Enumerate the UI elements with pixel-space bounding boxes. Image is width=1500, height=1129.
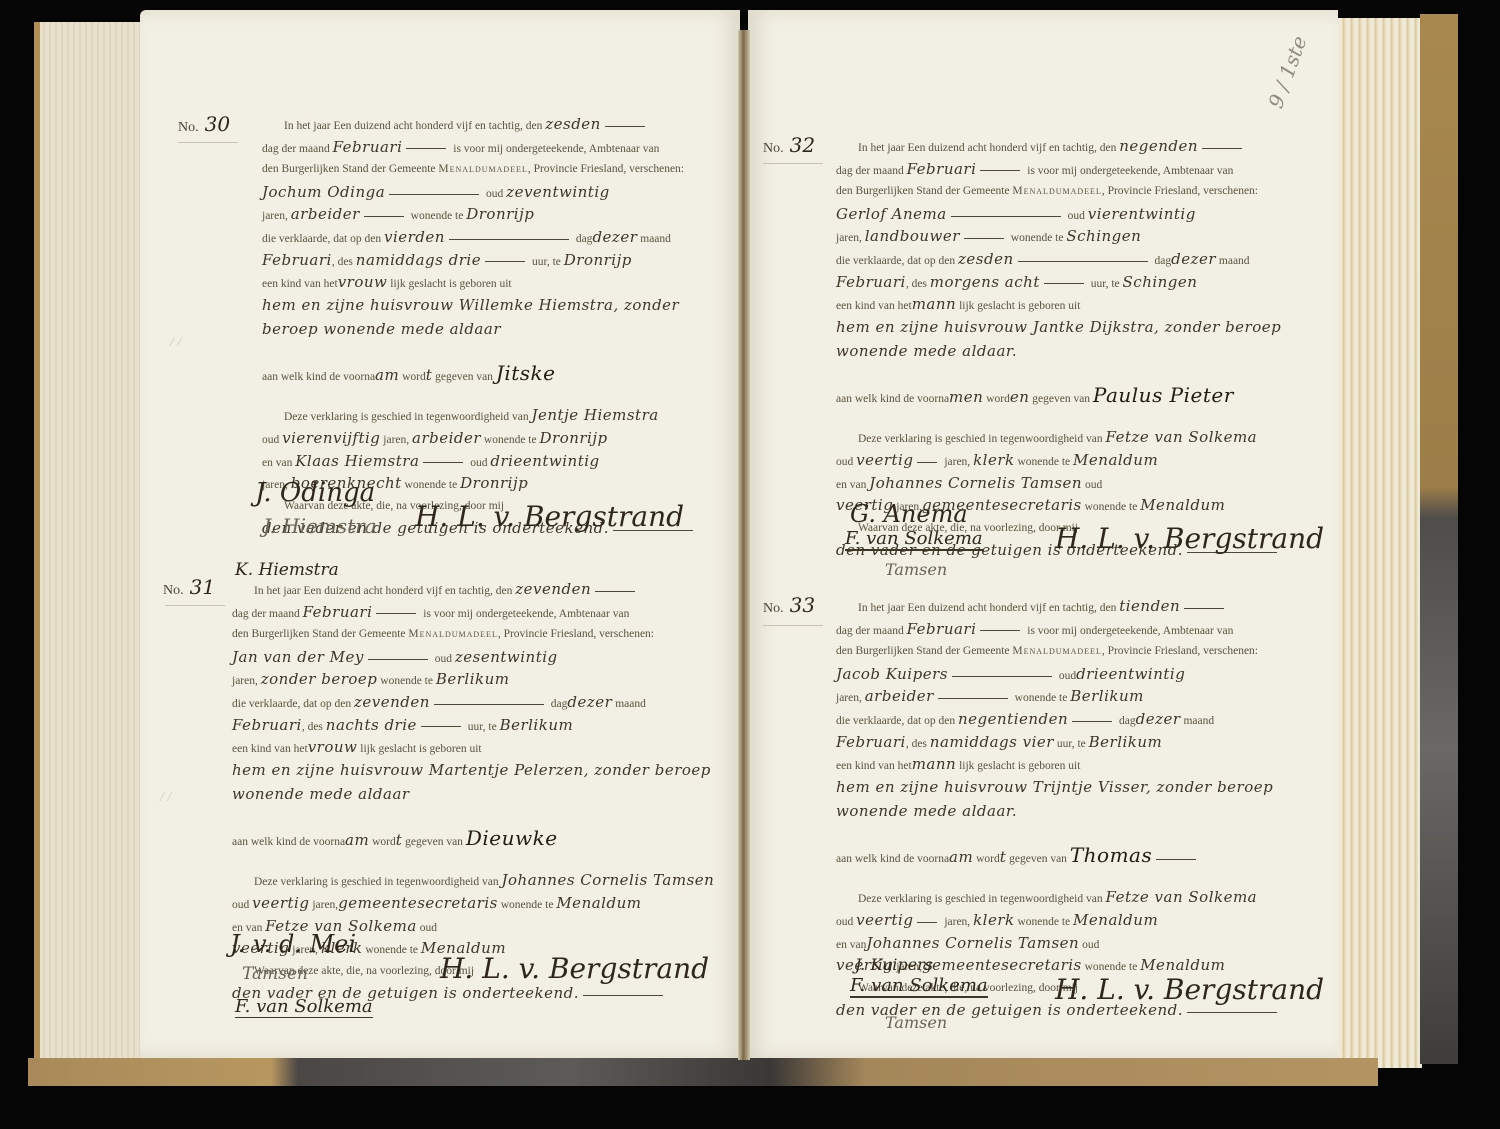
signature: J. Hiemstra xyxy=(263,514,377,538)
form-text: den Burgerlijken Stand der Gemeente xyxy=(262,163,436,175)
form-text: wonende te xyxy=(1017,916,1070,928)
birth-month-ref: dezer xyxy=(567,693,612,711)
form-text: Deze verklaring is geschied in tegenwoor… xyxy=(284,411,529,423)
form-text: oud xyxy=(836,456,853,468)
registration-month: Februari xyxy=(303,603,373,621)
witness-1-occupation: gemeentesecretaris xyxy=(338,894,498,912)
child-sex: mann xyxy=(912,755,957,773)
form-text: aan welk kind de voorna xyxy=(232,836,345,848)
birth-month: Februari xyxy=(262,251,332,269)
witness-1-name: Fetze van Solkema xyxy=(1106,888,1258,906)
record-number-value: 33 xyxy=(790,593,815,617)
record-number-value: 32 xyxy=(790,133,815,157)
form-text: en van xyxy=(262,457,292,469)
record-body: In het jaar Een duizend acht honderd vij… xyxy=(836,135,1314,562)
form-text: aan welk kind de voorna xyxy=(836,853,949,865)
signature: Tamsen xyxy=(885,1013,947,1032)
witness-1-name: Johannes Cornelis Tamsen xyxy=(502,871,715,889)
birth-time: namiddags drie xyxy=(356,251,481,269)
form-text: den Burgerlijken Stand der Gemeente xyxy=(232,628,406,640)
declarant-residence: Schingen xyxy=(1066,227,1141,245)
form-text: aan welk kind de voorna xyxy=(836,393,949,405)
form-text: jaren, xyxy=(836,692,862,704)
form-text: jaren, xyxy=(383,434,409,446)
witness-1-occupation: arbeider xyxy=(412,429,481,447)
declarant-name: Jan van der Mey xyxy=(232,648,364,666)
form-text: gegeven van xyxy=(1032,393,1090,405)
form-text: jaren, xyxy=(312,899,338,911)
declarant-residence: Berlikum xyxy=(436,670,510,688)
form-text: Deze verklaring is geschied in tegenwoor… xyxy=(254,876,499,888)
birth-month-ref: dezer xyxy=(1136,710,1181,728)
no-label: No. xyxy=(178,120,199,135)
form-text: dag der maand xyxy=(232,608,300,620)
margin-pencil-mark: / / xyxy=(170,335,181,351)
witness-1-occupation: klerk xyxy=(973,911,1015,929)
birth-day: negentienden xyxy=(958,710,1068,728)
form-text: uur, te xyxy=(1091,278,1120,290)
form-text: oud xyxy=(232,899,249,911)
birth-place: Dronrijp xyxy=(564,251,632,269)
form-text: is voor mij ondergeteekende, Ambtenaar v… xyxy=(423,608,629,620)
signature: Tamsen xyxy=(242,964,308,984)
witness-2-name: Klaas Hiemstra xyxy=(295,452,419,470)
form-text: maand xyxy=(615,698,646,710)
form-suffix: t xyxy=(396,831,403,849)
registration-month: Februari xyxy=(907,160,977,178)
form-text: , Provincie Friesland, verschenen: xyxy=(528,163,684,175)
parents: hem en zijne huisvrouw Martentje Pelerze… xyxy=(232,761,711,804)
witness-1-occupation: klerk xyxy=(973,451,1015,469)
declarant-age: vierentwintig xyxy=(1088,205,1196,223)
record-number: No.31 xyxy=(163,575,215,599)
record-number: No.32 xyxy=(763,133,815,157)
birth-month-ref: dezer xyxy=(592,228,637,246)
open-register-book: 9 / 1ste / / / / No.30 In het jaar Een d… xyxy=(0,0,1500,1129)
form-text: word xyxy=(402,371,426,383)
form-text: oud xyxy=(470,457,487,469)
form-text: dag der maand xyxy=(836,625,904,637)
declarant-age: zesentwintig xyxy=(455,648,558,666)
form-text: In het jaar Een duizend acht honderd vij… xyxy=(284,120,542,132)
child-sex: mann xyxy=(912,295,957,313)
registration-day: zevenden xyxy=(515,580,591,598)
witness-1-residence: Menaldum xyxy=(1073,911,1158,929)
declarant-occupation: arbeider xyxy=(865,687,934,705)
form-text: uur, te xyxy=(468,721,497,733)
form-text: wonende te xyxy=(411,210,464,222)
witness-2-name: Johannes Cornelis Tamsen xyxy=(869,474,1082,492)
birth-month-ref: dezer xyxy=(1171,250,1216,268)
birth-day: zevenden xyxy=(354,693,430,711)
right-page-edges xyxy=(1330,18,1422,1068)
birth-month: Februari xyxy=(836,733,906,751)
form-text: oud xyxy=(262,434,279,446)
record-number: No.30 xyxy=(178,112,230,136)
form-text: dag xyxy=(1119,715,1136,727)
form-text: , des xyxy=(906,278,927,290)
birth-place: Schingen xyxy=(1123,273,1198,291)
registration-month: Februari xyxy=(333,138,403,156)
form-text: wonende te xyxy=(1015,692,1068,704)
witness-1-age: veertig xyxy=(856,451,913,469)
child-name: Thomas xyxy=(1070,843,1152,867)
form-suffix: am xyxy=(375,366,399,384)
declarant-occupation: zonder beroep xyxy=(261,670,378,688)
form-text: een kind van het xyxy=(836,300,912,312)
form-text: oud xyxy=(486,188,503,200)
form-text: die verklaarde, dat op den xyxy=(836,255,955,267)
form-text: die verklaarde, dat op den xyxy=(262,233,381,245)
no-label: No. xyxy=(163,583,184,598)
form-text: en van xyxy=(836,479,866,491)
form-suffix: am xyxy=(345,831,369,849)
signatures: J. Kuipers F. van Solkema Tamsen H. L. v… xyxy=(845,955,1315,1055)
form-text: oud xyxy=(435,653,452,665)
signatures: J. v. d. Mei Tamsen F. van Solkema H. L.… xyxy=(230,930,700,1040)
form-text: wonende te xyxy=(1011,232,1064,244)
form-text: wonende te xyxy=(1017,456,1070,468)
form-text: den Burgerlijken Stand der Gemeente xyxy=(836,185,1010,197)
signature: G. Anema xyxy=(850,500,968,528)
no-label: No. xyxy=(763,601,784,616)
form-text: In het jaar Een duizend acht honderd vij… xyxy=(254,585,512,597)
form-text: is voor mij ondergeteekende, Ambtenaar v… xyxy=(1027,625,1233,637)
form-text: dag xyxy=(1154,255,1171,267)
book-cover-bottom xyxy=(28,1058,1378,1086)
signature: F. van Solkema xyxy=(845,528,983,551)
form-text: maand xyxy=(1219,255,1250,267)
form-text: oud xyxy=(1082,939,1099,951)
form-text: dag der maand xyxy=(262,143,330,155)
registration-month: Februari xyxy=(907,620,977,638)
birth-day: zesden xyxy=(958,250,1014,268)
birth-place: Berlikum xyxy=(1089,733,1163,751)
signatures: G. Anema F. van Solkema Tamsen H. L. v. … xyxy=(840,500,1310,600)
form-text: In het jaar Een duizend acht honderd vij… xyxy=(858,602,1116,614)
witness-2-age: drieentwintig xyxy=(490,452,599,470)
book-cover-right xyxy=(1420,14,1458,1064)
parents: hem en zijne huisvrouw Jantke Dijkstra, … xyxy=(836,318,1281,361)
form-text: dag xyxy=(551,698,568,710)
form-text: die verklaarde, dat op den xyxy=(232,698,351,710)
form-suffix: t xyxy=(426,366,433,384)
form-text: jaren, xyxy=(944,456,970,468)
form-text: , Provincie Friesland, verschenen: xyxy=(1102,185,1258,197)
form-text: oud xyxy=(1068,210,1085,222)
form-text: gegeven van xyxy=(405,836,463,848)
signature: J. Odinga xyxy=(255,478,375,508)
birth-day: vierden xyxy=(384,228,445,246)
form-text: uur, te xyxy=(1057,738,1086,750)
form-text: , des xyxy=(906,738,927,750)
no-label: No. xyxy=(763,141,784,156)
form-text: gegeven van xyxy=(1009,853,1067,865)
witness-1-age: veertig xyxy=(252,894,309,912)
form-text: gegeven van xyxy=(435,371,493,383)
birth-time: nachts drie xyxy=(326,716,417,734)
birth-time: namiddags vier xyxy=(930,733,1054,751)
witness-1-name: Jentje Hiemstra xyxy=(532,406,659,424)
municipality: Menaldumadeel xyxy=(1012,185,1101,197)
form-text: lijk geslacht is geboren uit xyxy=(959,760,1080,772)
signature: K. Hiemstra xyxy=(235,560,339,580)
signature-registrar: H. L. v. Bergstrand xyxy=(440,952,709,985)
form-text: en van xyxy=(836,939,866,951)
form-text: dag xyxy=(576,233,593,245)
witness-1-age: vierenvijftig xyxy=(282,429,380,447)
declarant-age: drieentwintig xyxy=(1076,665,1185,683)
declarant-occupation: landbouwer xyxy=(865,227,960,245)
form-text: word xyxy=(976,853,1000,865)
witness-1-age: veertig xyxy=(856,911,913,929)
divider xyxy=(763,163,823,164)
form-text: , Provincie Friesland, verschenen: xyxy=(1102,645,1258,657)
form-text: lijk geslacht is geboren uit xyxy=(390,278,511,290)
declarant-residence: Berlikum xyxy=(1070,687,1144,705)
declarant-age: zeventwintig xyxy=(506,183,610,201)
signature-registrar: H. L. v. Bergstrand xyxy=(415,500,684,533)
form-text: In het jaar Een duizend acht honderd vij… xyxy=(858,142,1116,154)
signatures: J. Odinga J. Hiemstra K. Hiemstra H. L. … xyxy=(255,478,705,588)
municipality: Menaldumadeel xyxy=(1012,645,1101,657)
signature: J. Kuipers xyxy=(855,955,933,974)
form-suffix: en xyxy=(1010,388,1030,406)
witness-1-residence: Menaldum xyxy=(556,894,641,912)
signature: J. v. d. Mei xyxy=(230,930,356,958)
witness-1-residence: Menaldum xyxy=(1073,451,1158,469)
signature: F. van Solkema xyxy=(235,996,373,1018)
form-text: jaren, xyxy=(262,210,288,222)
declarant-name: Jacob Kuipers xyxy=(836,665,948,683)
registration-day: zesden xyxy=(545,115,601,133)
form-text: wonende te xyxy=(484,434,537,446)
divider xyxy=(763,625,823,626)
signature: Tamsen xyxy=(885,560,947,579)
form-suffix: am xyxy=(949,848,973,866)
record-number-value: 30 xyxy=(205,112,230,136)
declarant-name: Gerlof Anema xyxy=(836,205,947,223)
declarant-occupation: arbeider xyxy=(291,205,360,223)
form-text: , des xyxy=(332,256,353,268)
form-suffix: men xyxy=(949,388,983,406)
form-text: is voor mij ondergeteekende, Ambtenaar v… xyxy=(1027,165,1233,177)
form-text: oud xyxy=(1059,670,1076,682)
book-gutter xyxy=(738,30,750,1060)
form-text: word xyxy=(986,393,1010,405)
form-text: dag der maand xyxy=(836,165,904,177)
form-text: uur, te xyxy=(532,256,561,268)
form-text: wonende te xyxy=(380,675,433,687)
form-text: maand xyxy=(640,233,671,245)
form-text: aan welk kind de voorna xyxy=(262,371,375,383)
form-text: een kind van het xyxy=(836,760,912,772)
form-text: een kind van het xyxy=(262,278,338,290)
form-text: een kind van het xyxy=(232,743,308,755)
child-sex: vrouw xyxy=(308,738,358,756)
form-text: , des xyxy=(302,721,323,733)
form-text: is voor mij ondergeteekende, Ambtenaar v… xyxy=(453,143,659,155)
form-text: jaren, xyxy=(836,232,862,244)
registration-day: tienden xyxy=(1119,597,1180,615)
form-text: Deze verklaring is geschied in tegenwoor… xyxy=(858,893,1103,905)
form-text: , Provincie Friesland, verschenen: xyxy=(498,628,654,640)
municipality: Menaldumadeel xyxy=(438,163,527,175)
form-text: wonende te xyxy=(501,899,554,911)
witness-1-name: Fetze van Solkema xyxy=(1106,428,1258,446)
parents: hem en zijne huisvrouw Trijntje Visser, … xyxy=(836,778,1273,821)
record-number: No.33 xyxy=(763,593,815,617)
parents: hem en zijne huisvrouw Willemke Hiemstra… xyxy=(262,296,679,339)
record-body: In het jaar Een duizend acht honderd vij… xyxy=(262,113,732,540)
form-suffix: t xyxy=(1000,848,1007,866)
form-text: Deze verklaring is geschied in tegenwoor… xyxy=(858,433,1103,445)
birth-month: Februari xyxy=(232,716,302,734)
form-text: oud xyxy=(1085,479,1102,491)
form-text: oud xyxy=(836,916,853,928)
form-text: jaren, xyxy=(944,916,970,928)
witness-1-residence: Dronrijp xyxy=(540,429,608,447)
registration-day: negenden xyxy=(1119,137,1198,155)
margin-pencil-mark: / / xyxy=(160,790,171,806)
form-text: lijk geslacht is geboren uit xyxy=(360,743,481,755)
signature: F. van Solkema xyxy=(850,975,988,998)
divider xyxy=(165,605,225,606)
birth-month: Februari xyxy=(836,273,906,291)
form-text: word xyxy=(372,836,396,848)
signature-registrar: H. L. v. Bergstrand xyxy=(1055,522,1324,555)
child-name: Dieuwke xyxy=(466,826,558,850)
birth-place: Berlikum xyxy=(500,716,574,734)
municipality: Menaldumadeel xyxy=(408,628,497,640)
signature-registrar: H. L. v. Bergstrand xyxy=(1055,973,1324,1006)
witness-2-name: Johannes Cornelis Tamsen xyxy=(866,934,1079,952)
form-text: jaren, xyxy=(232,675,258,687)
declarant-residence: Dronrijp xyxy=(466,205,534,223)
child-name: Jitske xyxy=(496,361,556,385)
form-text: den Burgerlijken Stand der Gemeente xyxy=(836,645,1010,657)
child-sex: vrouw xyxy=(338,273,388,291)
divider xyxy=(178,142,238,143)
form-text: maand xyxy=(1183,715,1214,727)
declarant-name: Jochum Odinga xyxy=(262,183,385,201)
child-name: Paulus Pieter xyxy=(1093,383,1234,407)
form-text: lijk geslacht is geboren uit xyxy=(959,300,1080,312)
record-number-value: 31 xyxy=(190,575,215,599)
birth-time: morgens acht xyxy=(930,273,1040,291)
form-text: die verklaarde, dat op den xyxy=(836,715,955,727)
